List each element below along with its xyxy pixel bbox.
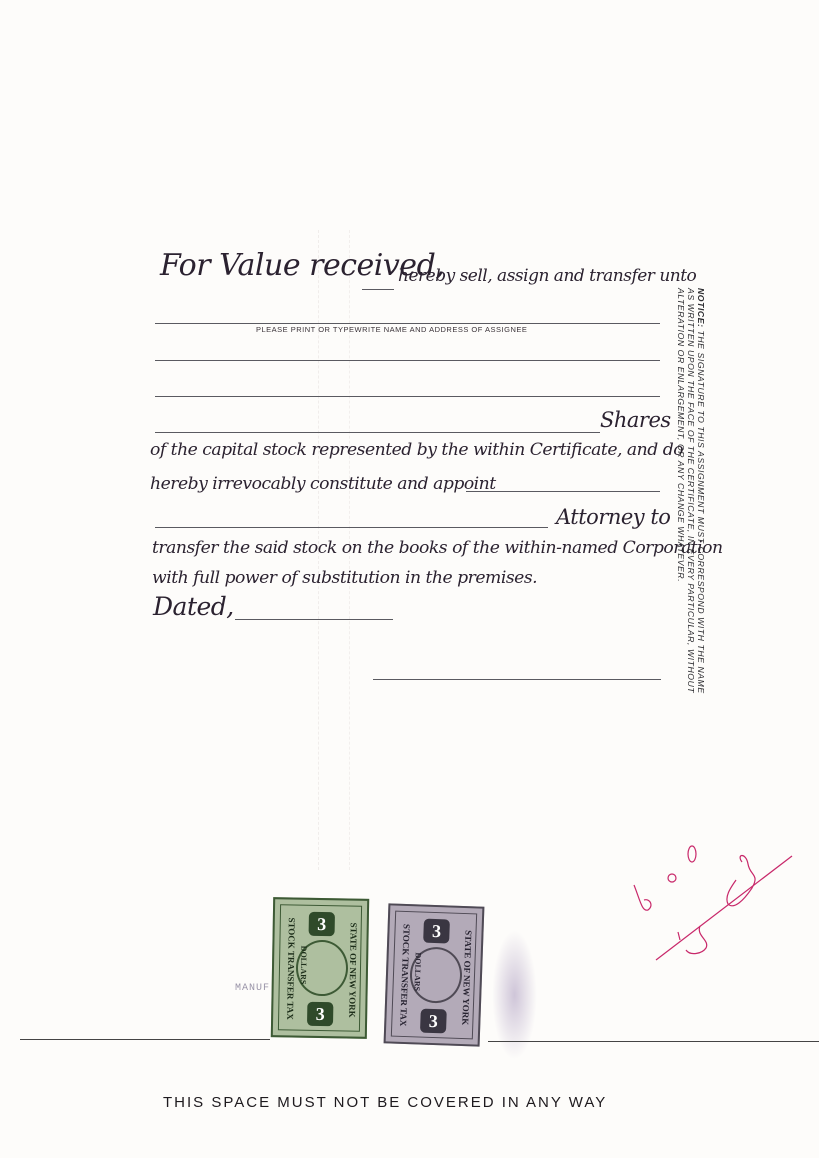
footer-warning: THIS SPACE MUST NOT BE COVERED IN ANY WA… bbox=[163, 1094, 607, 1111]
stamp-area-divider-right bbox=[488, 1041, 819, 1042]
denomination-badge-bottom: 3 bbox=[420, 1009, 447, 1034]
body-line-2: hereby irrevocably constitute and appoin… bbox=[150, 474, 496, 494]
notice-line-2: AS WRITTEN UPON THE FACE OF THE CERTIFIC… bbox=[686, 288, 696, 694]
assignee-address-line-2[interactable] bbox=[155, 396, 660, 397]
notice-label: NOTICE: bbox=[696, 288, 706, 328]
bank-stamp-text: MANUF bbox=[235, 983, 270, 994]
signature-line[interactable] bbox=[373, 679, 661, 680]
sell-assign-transfer-text: hereby sell, assign and transfer unto bbox=[398, 266, 696, 286]
assignee-address-line-1[interactable] bbox=[155, 360, 660, 361]
tax-stamp-2: 3 3 STATE OF NEW YORK STOCK TRANSFER TAX… bbox=[384, 903, 485, 1046]
dated-label: Dated, bbox=[153, 592, 234, 621]
shares-label: Shares bbox=[600, 408, 671, 432]
tax-stamp-1: 3 3 STATE OF NEW YORK STOCK TRANSFER TAX… bbox=[271, 897, 369, 1039]
consideration-line bbox=[362, 289, 394, 290]
denomination-badge-top: 3 bbox=[309, 912, 335, 936]
notice-line-3: ALTERATION OR ENLARGEMENT, OR ANY CHANGE… bbox=[676, 288, 686, 694]
assignee-caption: PLEASE PRINT OR TYPEWRITE NAME AND ADDRE… bbox=[256, 325, 527, 334]
stamp-area-divider-left bbox=[20, 1039, 270, 1040]
stamp-unit-text: DOLLARS bbox=[299, 946, 309, 985]
handwritten-annotation: 6.00 bbox=[620, 840, 819, 980]
denomination-badge-bottom: 3 bbox=[307, 1002, 333, 1026]
body-line-1: of the capital stock represented by the … bbox=[150, 440, 683, 460]
signature-notice: NOTICE: THE SIGNATURE TO THIS ASSIGNMENT… bbox=[676, 288, 706, 694]
attorney-label: Attorney to bbox=[556, 505, 670, 529]
transfer-line-2: with full power of substitution in the p… bbox=[152, 568, 537, 588]
stamp-tax-text: STOCK TRANSFER TAX bbox=[285, 917, 297, 1020]
shares-line[interactable] bbox=[155, 432, 600, 433]
appoint-line[interactable] bbox=[466, 491, 660, 492]
handwritten-amount: 6.00 bbox=[642, 889, 644, 891]
stamp-state-text: STATE OF NEW YORK bbox=[347, 922, 359, 1017]
stamp-unit-text: DOLLARS bbox=[412, 952, 422, 991]
heading-rest: hereby sell, assign and transfer unto bbox=[398, 266, 696, 286]
assignee-name-line[interactable] bbox=[155, 323, 660, 324]
transfer-line-1: transfer the said stock on the books of … bbox=[152, 538, 723, 558]
notice-line-1: THE SIGNATURE TO THIS ASSIGNMENT MUST CO… bbox=[696, 331, 706, 694]
date-line[interactable] bbox=[235, 619, 393, 620]
denomination-badge-top: 3 bbox=[423, 919, 450, 944]
attorney-line[interactable] bbox=[155, 527, 548, 528]
